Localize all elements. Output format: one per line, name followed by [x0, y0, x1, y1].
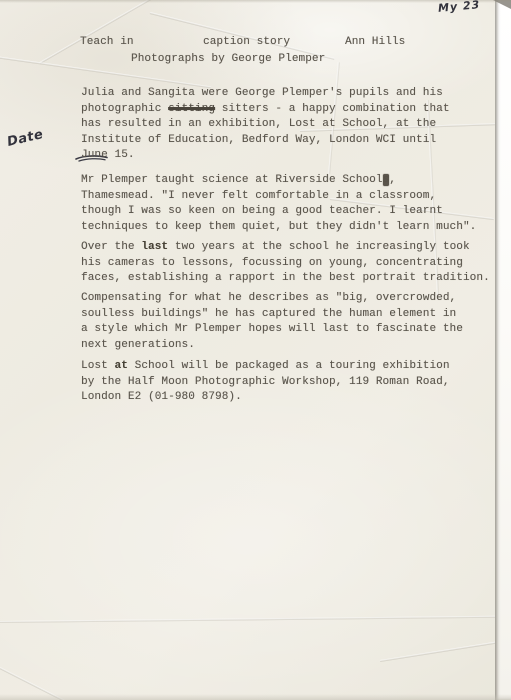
typed-line: Lost at School will be packaged as a tou… [81, 359, 450, 375]
typed-line: photographic sitting sitters - a happy c… [81, 102, 450, 118]
overtyped-word: last [141, 241, 168, 253]
typed-line: June 15. [81, 148, 135, 164]
typed-line: though I was so keen on being a good tea… [81, 204, 443, 220]
text-run: photographic [81, 103, 168, 115]
overtyped-word: at [115, 360, 128, 372]
paper-bottom-edge [0, 694, 511, 700]
typed-line: Over the last two years at the school he… [81, 240, 470, 256]
text-run: sitters - a happy combination that [215, 103, 450, 115]
header-author-name: Ann Hills [345, 35, 405, 51]
header-slug: Teach in [80, 35, 134, 51]
header-caption-story-label: caption story [203, 35, 290, 51]
typed-line: techniques to keep them quiet, but they … [81, 220, 476, 236]
typed-line: next generations. [81, 338, 195, 354]
typed-line: Mr Plemper taught science at Riverside S… [81, 173, 396, 189]
typed-line: London E2 (01-980 8798). [81, 390, 242, 406]
typed-line: Julia and Sangita were George Plemper's … [81, 86, 443, 102]
struck-out-word: sitting [168, 103, 215, 115]
typed-line: his cameras to lessons, focussing on you… [81, 256, 463, 272]
typed-line: soulless buildings" he has captured the … [81, 307, 456, 323]
scanner-background-strip [495, 0, 511, 700]
typed-line: Institute of Education, Bedford Way, Lon… [81, 133, 436, 149]
text-run: Lost [81, 360, 115, 372]
paper-top-edge [0, 0, 511, 3]
text-run: School will be packaged as a touring exh… [128, 360, 450, 372]
typed-line: by the Half Moon Photographic Workshop, … [81, 375, 450, 391]
text-run: Mr Plemper taught science at Riverside S… [81, 174, 383, 186]
typed-line: has resulted in an exhibition, Lost at S… [81, 117, 436, 133]
header-byline: Photographs by George Plemper [131, 52, 325, 68]
typed-line: Compensating for what he describes as "b… [81, 291, 456, 307]
text-run: two years at the school he increasingly … [168, 241, 470, 253]
text-run: , [389, 174, 396, 186]
text-run: Over the [81, 241, 141, 253]
typed-line: a style which Mr Plemper hopes will last… [81, 322, 463, 338]
typed-line: faces, establishing a rapport in the bes… [81, 271, 490, 287]
scanned-document: My 23 Date Teach in caption story Ann Hi… [0, 0, 511, 700]
typed-line: Thamesmead. "I never felt comfortable in… [81, 189, 436, 205]
